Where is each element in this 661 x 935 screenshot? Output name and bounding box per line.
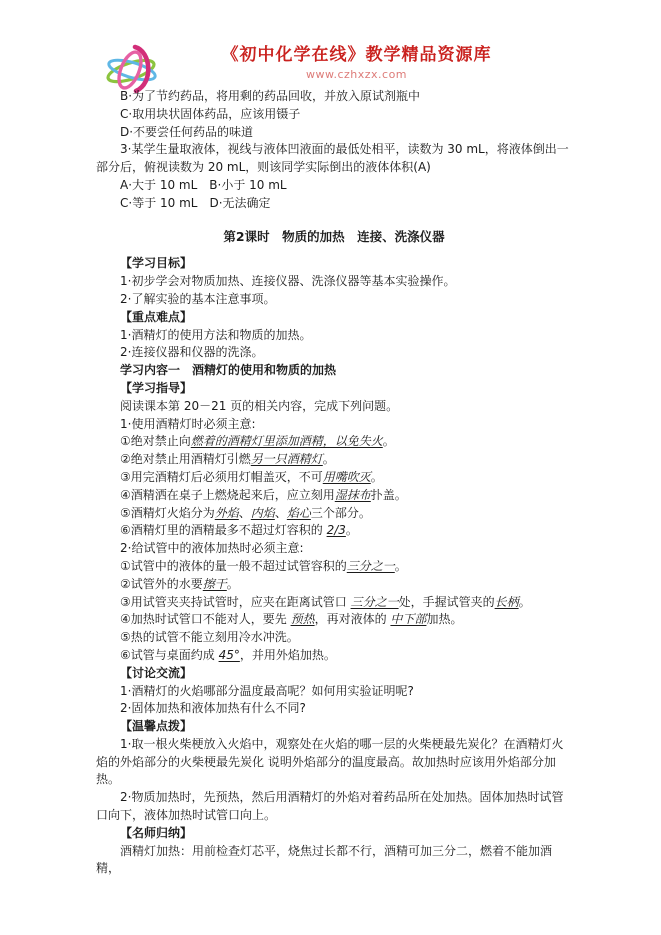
text-run: 学习内容一 酒精灯的使用和物质的加热 xyxy=(120,363,336,377)
paragraph: ①试管中的液体的量一般不超过试管容积的三分之一。 xyxy=(96,558,572,576)
answer-blank: 湿抹布 xyxy=(335,488,371,502)
section-heading: 【学习指导】 xyxy=(96,380,572,398)
paragraph: 2·固体加热和液体加热有什么不同? xyxy=(96,700,572,718)
answer-blank: 擦干 xyxy=(203,577,227,591)
text-run: C·等于 10 mL D·无法确定 xyxy=(120,196,271,210)
answer-blank: 外焰 xyxy=(215,506,239,520)
text-run: 加热。 xyxy=(426,612,462,626)
text-run: 1·酒精灯的使用方法和物质的加热。 xyxy=(120,328,311,342)
text-run: 【重点难点】 xyxy=(120,310,192,324)
text-run: 三个部分。 xyxy=(311,506,371,520)
paragraph: ③用试管夹夹持试管时，应夹在距离试管口 三分之一处，手握试管夹的长柄。 xyxy=(96,594,572,612)
paragraph: 2·物质加热时，先预热，然后用酒精灯的外焰对着药品所在处加热。固体加热时试管口向… xyxy=(96,789,572,825)
text-run: 1·取一根火柴梗放入火焰中，观察处在火焰的哪一层的火柴梗最先炭化？在酒精灯火焰的… xyxy=(96,737,563,787)
paragraph: ④加热时试管口不能对人，要先 预热，再对液体的 中下部加热。 xyxy=(96,611,572,629)
text-run: ③用完酒精灯后必须用灯帽盖灭，不可 xyxy=(120,470,323,484)
paragraph: 3·某学生量取液体，视线与液体凹液面的最低处相平，读数为 30 mL，将液体倒出… xyxy=(96,141,572,177)
text-run: 酒精灯加热：用前检查灯芯平，烧焦过长都不行，酒精可加三分二，燃着不能加酒精， xyxy=(96,844,552,876)
text-run: 。 xyxy=(227,577,239,591)
text-run: 2·固体加热和液体加热有什么不同? xyxy=(120,701,306,715)
lesson-title: 第2课时 物质的加热 连接、洗涤仪器 xyxy=(96,228,572,246)
paragraph: 1·初步学会对物质加热、连接仪器、洗涤仪器等基本实验操作。 xyxy=(96,273,572,291)
text-run: ④酒精洒在桌子上燃烧起来后，应立刻用 xyxy=(120,488,335,502)
text-run: ④加热时试管口不能对人，要先 xyxy=(120,612,291,626)
paragraph: 2·了解实验的基本注意事项。 xyxy=(96,291,572,309)
paragraph: A·大于 10 mL B·小于 10 mL xyxy=(96,177,572,195)
document-body: B·为了节约药品，将用剩的药品回收，并放入原试剂瓶中C·取用块状固体药品，应该用… xyxy=(96,88,572,878)
paragraph: 阅读课本第 20－21 页的相关内容，完成下列问题。 xyxy=(96,398,572,416)
paragraph: ②绝对禁止用酒精灯引燃另一只酒精灯。 xyxy=(96,451,572,469)
answer-blank: 中下部 xyxy=(390,612,426,626)
answer-blank: 长柄 xyxy=(495,595,519,609)
paragraph: ②试管外的水要擦干。 xyxy=(96,576,572,594)
text-run: A·大于 10 mL B·小于 10 mL xyxy=(120,178,287,192)
section-heading: 【名师归纳】 xyxy=(96,825,572,843)
section-heading: 【重点难点】 xyxy=(96,309,572,327)
answer-blank: 另一只酒精灯 xyxy=(251,452,323,466)
text-run: 、 xyxy=(239,506,251,520)
text-run: ⑥酒精灯里的酒精最多不超过灯容积的 xyxy=(120,523,327,537)
paragraph: ⑤酒精灯火焰分为外焰、内焰、焰心三个部分。 xyxy=(96,505,572,523)
paragraph: 2·给试管中的液体加热时必须主意: xyxy=(96,540,572,558)
text-run: 【名师归纳】 xyxy=(120,826,192,840)
text-run: 【温馨点拨】 xyxy=(120,719,192,733)
paragraph: ⑤热的试管不能立刻用冷水冲洗。 xyxy=(96,629,572,647)
paragraph: 学习内容一 酒精灯的使用和物质的加热 xyxy=(96,362,572,380)
text-run: C·取用块状固体药品，应该用镊子 xyxy=(120,107,300,121)
text-run: 2·连接仪器和仪器的洗涤。 xyxy=(120,345,263,359)
site-title: 《初中化学在线》教学精品资源库 xyxy=(52,45,661,65)
text-run: 1·酒精灯的火焰哪部分温度最高呢？如何用实验证明呢? xyxy=(120,684,414,698)
text-run: ⑥试管与桌面约成 xyxy=(120,648,219,662)
text-run: 第2课时 物质的加热 连接、洗涤仪器 xyxy=(223,229,444,244)
text-run: 、 xyxy=(275,506,287,520)
section-heading: 【讨论交流】 xyxy=(96,665,572,683)
paragraph: 1·酒精灯的火焰哪部分温度最高呢？如何用实验证明呢? xyxy=(96,683,572,701)
text-run: ②绝对禁止用酒精灯引燃 xyxy=(120,452,251,466)
paragraph: C·等于 10 mL D·无法确定 xyxy=(96,195,572,213)
text-run: B·为了节约药品，将用剩的药品回收，并放入原试剂瓶中 xyxy=(120,89,420,103)
paragraph: C·取用块状固体药品，应该用镊子 xyxy=(96,106,572,124)
text-run: 扑盖。 xyxy=(371,488,407,502)
text-run: 2·了解实验的基本注意事项。 xyxy=(120,292,275,306)
text-run: ①试管中的液体的量一般不超过试管容积的 xyxy=(120,559,347,573)
text-run: 阅读课本第 20－21 页的相关内容，完成下列问题。 xyxy=(120,399,398,413)
answer-blank: 45° xyxy=(219,648,240,662)
answer-blank: 用嘴吹灭 xyxy=(323,470,371,484)
text-run: 【学习指导】 xyxy=(120,381,192,395)
section-heading: 【学习目标】 xyxy=(96,255,572,273)
document-page: 《初中化学在线》教学精品资源库 www.czhxzx.com B·为了节约药品，… xyxy=(0,0,661,935)
text-run: 【学习目标】 xyxy=(120,256,192,270)
text-run: 。 xyxy=(383,434,395,448)
answer-blank: 三分之一 xyxy=(351,595,399,609)
text-run: 处，手握试管夹的 xyxy=(399,595,495,609)
text-run: 。 xyxy=(371,470,383,484)
paragraph: 2·连接仪器和仪器的洗涤。 xyxy=(96,344,572,362)
text-run: D·不要尝任何药品的味道 xyxy=(120,125,253,139)
answer-blank: 三分之一 xyxy=(347,559,395,573)
text-run: 【讨论交流】 xyxy=(120,666,192,680)
paragraph: 酒精灯加热：用前检查灯芯平，烧焦过长都不行，酒精可加三分二，燃着不能加酒精， xyxy=(96,843,572,879)
answer-blank: 预热 xyxy=(291,612,315,626)
text-run: ，并用外焰加热。 xyxy=(240,648,336,662)
answer-blank: 燃着的酒精灯里添加酒精，以免失火 xyxy=(191,434,383,448)
text-run: ⑤热的试管不能立刻用冷水冲洗。 xyxy=(120,630,299,644)
site-url-link[interactable]: www.czhxzx.com xyxy=(52,68,661,81)
text-run: ⑤酒精灯火焰分为 xyxy=(120,506,215,520)
header-text-block: 《初中化学在线》教学精品资源库 www.czhxzx.com xyxy=(0,45,661,81)
text-run: 1·初步学会对物质加热、连接仪器、洗涤仪器等基本实验操作。 xyxy=(120,274,455,288)
answer-blank: 2/3 xyxy=(327,523,346,537)
text-run: ，再对液体的 xyxy=(315,612,391,626)
text-run: ③用试管夹夹持试管时，应夹在距离试管口 xyxy=(120,595,351,609)
paragraph: D·不要尝任何药品的味道 xyxy=(96,124,572,142)
text-run: 1·使用酒精灯时必须主意: xyxy=(120,417,256,431)
paragraph: ③用完酒精灯后必须用灯帽盖灭，不可用嘴吹灭。 xyxy=(96,469,572,487)
text-run: ①绝对禁止向 xyxy=(120,434,191,448)
text-run: 。 xyxy=(346,523,358,537)
text-run: 3·某学生量取液体，视线与液体凹液面的最低处相平，读数为 30 mL，将液体倒出… xyxy=(96,142,569,174)
text-run: ②试管外的水要 xyxy=(120,577,203,591)
answer-blank: 内焰 xyxy=(251,506,275,520)
paragraph: 1·使用酒精灯时必须主意: xyxy=(96,416,572,434)
paragraph: 1·酒精灯的使用方法和物质的加热。 xyxy=(96,327,572,345)
text-run: 。 xyxy=(323,452,335,466)
paragraph: ④酒精洒在桌子上燃烧起来后，应立刻用湿抹布扑盖。 xyxy=(96,487,572,505)
paragraph: 1·取一根火柴梗放入火焰中，观察处在火焰的哪一层的火柴梗最先炭化？在酒精灯火焰的… xyxy=(96,736,572,789)
text-run: 。 xyxy=(395,559,407,573)
text-run: 。 xyxy=(519,595,531,609)
answer-blank: 焰心 xyxy=(287,506,311,520)
paragraph: ⑥试管与桌面约成 45°，并用外焰加热。 xyxy=(96,647,572,665)
text-run: 2·给试管中的液体加热时必须主意: xyxy=(120,541,304,555)
paragraph: ①绝对禁止向燃着的酒精灯里添加酒精，以免失火。 xyxy=(96,433,572,451)
paragraph: B·为了节约药品，将用剩的药品回收，并放入原试剂瓶中 xyxy=(96,88,572,106)
section-heading: 【温馨点拨】 xyxy=(96,718,572,736)
paragraph: ⑥酒精灯里的酒精最多不超过灯容积的 2/3。 xyxy=(96,522,572,540)
text-run: 2·物质加热时，先预热，然后用酒精灯的外焰对着药品所在处加热。固体加热时试管口向… xyxy=(96,790,563,822)
